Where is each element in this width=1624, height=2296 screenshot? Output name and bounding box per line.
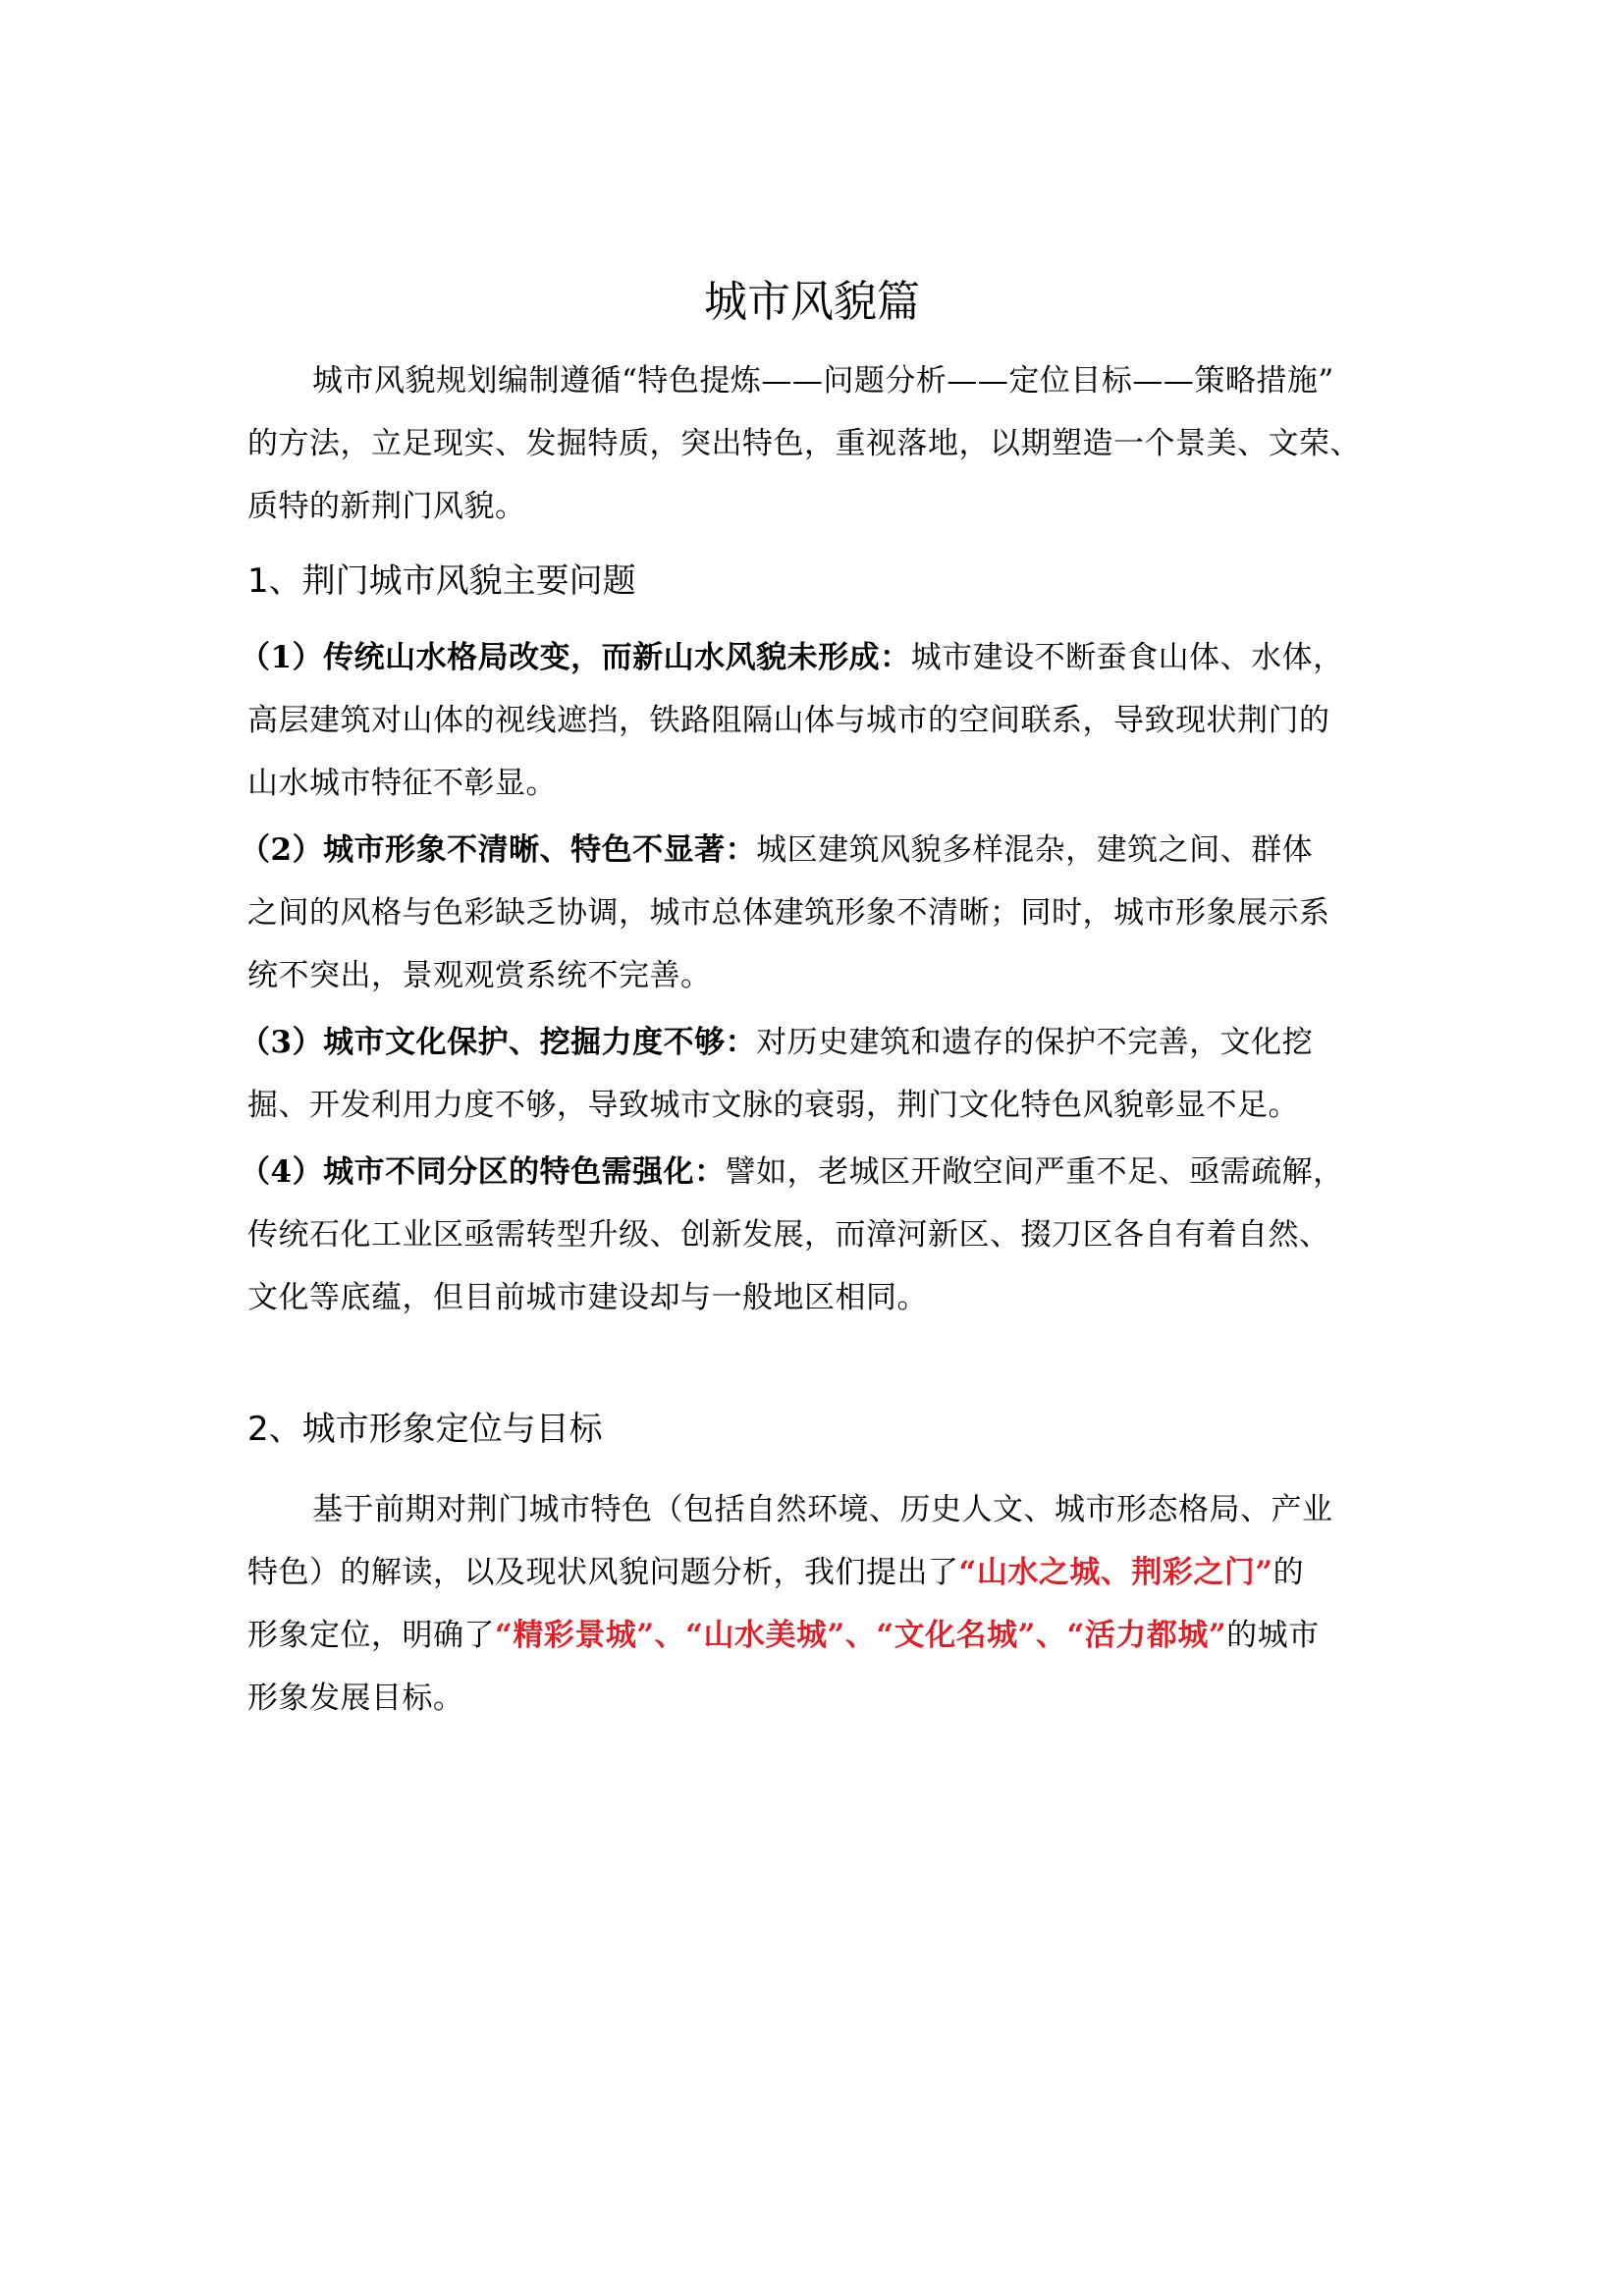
problem-item-4: （4）城市不同分区的特色需强化：譬如，老城区开敞空间严重不足、亟需疏解，	[240, 1150, 1379, 1194]
problem-1-line-2: 高层建筑对山体的视线遮挡，铁路阻隔山体与城市的空间联系，导致现状荆门的	[247, 699, 1386, 742]
section-2-line-4: 形象发展目标。	[247, 1677, 1386, 1720]
section-2-line-2-pre: 特色）的解读，以及现状风貌问题分析，我们提出了	[247, 1555, 959, 1590]
problem-2-label: （2）城市形象不清晰、特色不显著：	[240, 832, 756, 868]
section-2-line-1: 基于前期对荆门城市特色（包括自然环境、历史人文、城市形态格局、产业	[312, 1488, 1386, 1531]
problem-3-label: （3）城市文化保护、挖掘力度不够：	[240, 1025, 756, 1060]
intro-line-3: 质特的新荆门风貌。	[247, 485, 1386, 528]
section-1-heading: 1、荆门城市风貌主要问题	[247, 558, 636, 605]
section-2-line-3-pre: 形象定位，明确了	[247, 1618, 495, 1653]
section-2-line-2-post: 的	[1273, 1555, 1305, 1590]
problem-item-1: （1）传统山水格局改变，而新山水风貌未形成：城市建设不断蚕食山体、水体，	[240, 636, 1379, 679]
problem-4-text: 譬如，老城区开敞空间严重不足、亟需疏解，	[726, 1154, 1344, 1190]
problem-1-text: 城市建设不断蚕食山体、水体，	[911, 640, 1344, 675]
document-page: 城市风貌篇 城市风貌规划编制遵循“特色提炼——问题分析——定位目标——策略措施”…	[0, 0, 1624, 2296]
problem-3-text: 对历史建筑和遗存的保护不完善，文化挖	[756, 1025, 1313, 1060]
problem-item-2: （2）城市形象不清晰、特色不显著：城区建筑风貌多样混杂，建筑之间、群体	[240, 828, 1379, 872]
problem-1-label: （1）传统山水格局改变，而新山水风貌未形成：	[240, 640, 911, 675]
problem-2-line-2: 之间的风格与色彩缺乏协调，城市总体建筑形象不清晰；同时，城市形象展示系	[247, 891, 1386, 934]
problem-2-line-3: 统不突出，景观观赏系统不完善。	[247, 954, 1386, 997]
problem-2-text: 城区建筑风貌多样混杂，建筑之间、群体	[756, 832, 1313, 868]
problem-item-3: （3）城市文化保护、挖掘力度不够：对历史建筑和遗存的保护不完善，文化挖	[240, 1021, 1379, 1064]
problem-4-line-3: 文化等底蕴，但目前城市建设却与一般地区相同。	[247, 1276, 1386, 1319]
section-2-heading: 2、城市形象定位与目标	[247, 1406, 603, 1453]
problem-3-line-2: 掘、开发利用力度不够，导致城市文脉的衰弱，荆门文化特色风貌彰显不足。	[247, 1084, 1386, 1127]
section-2-line-3: 形象定位，明确了“精彩景城”、“山水美城”、“文化名城”、“活力都城”的城市	[247, 1614, 1386, 1657]
section-2-line-2: 特色）的解读，以及现状风貌问题分析，我们提出了“山水之城、荆彩之门”的	[247, 1551, 1386, 1594]
intro-line-2: 的方法，立足现实、发掘特质，突出特色，重视落地，以期塑造一个景美、文荣、	[247, 422, 1386, 465]
page-title: 城市风貌篇	[0, 273, 1624, 332]
problem-1-line-3: 山水城市特征不彰显。	[247, 762, 1386, 805]
problem-4-label: （4）城市不同分区的特色需强化：	[240, 1154, 726, 1190]
positioning-slogan: “山水之城、荆彩之门”	[959, 1555, 1273, 1590]
development-goals: “精彩景城”、“山水美城”、“文化名城”、“活力都城”	[495, 1618, 1226, 1653]
intro-line-1: 城市风貌规划编制遵循“特色提炼——问题分析——定位目标——策略措施”	[312, 359, 1386, 402]
section-2-line-3-post: 的城市	[1226, 1618, 1320, 1653]
problem-4-line-2: 传统石化工业区亟需转型升级、创新发展，而漳河新区、掇刀区各自有着自然、	[247, 1213, 1386, 1256]
